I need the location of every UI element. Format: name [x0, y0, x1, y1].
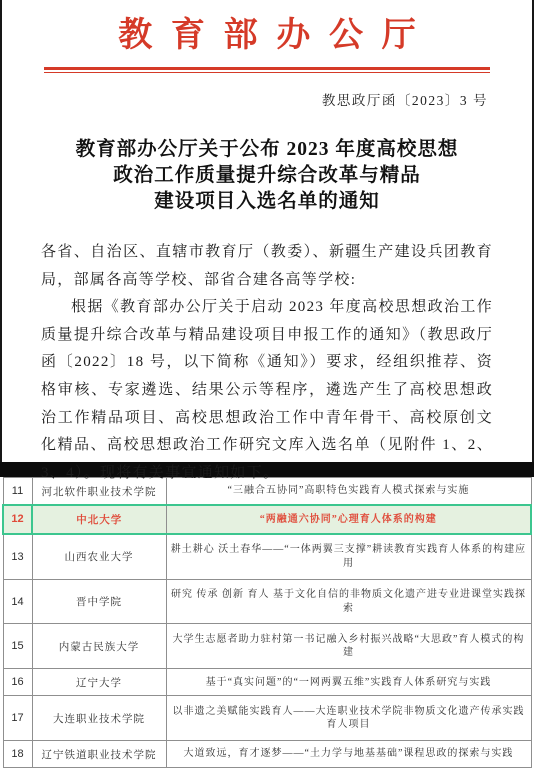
notice-title: 教育部办公厅关于公布 2023 年度高校思想 政治工作质量提升综合改革与精品 建… — [2, 137, 532, 215]
document-number: 教思政厅函〔2023〕3 号 — [2, 89, 532, 109]
project-name-cell[interactable]: 耕土耕心 沃土春华——“一体两翼三支撑”耕读教育实践育人体系的构建应用 — [166, 534, 531, 580]
project-name-cell[interactable]: 基于“真实问题”的“一网两翼五维”实践育人体系研究与实践 — [166, 669, 531, 696]
row-number-cell[interactable]: 14 — [3, 579, 32, 624]
document-header-title: 教育部办公厅 — [2, 16, 532, 56]
table-row[interactable]: 14 晋中学院 研究 传承 创新 育人 基于文化自信的非物质文化遗产进专业进课堂… — [3, 579, 531, 624]
row-number-cell[interactable]: 18 — [3, 741, 32, 768]
school-name-cell[interactable]: 内蒙古民族大学 — [32, 624, 166, 669]
red-divider — [44, 67, 490, 73]
notice-title-line-1: 教育部办公厅关于公布 2023 年度高校思想 — [2, 137, 532, 163]
table-row[interactable]: 16 辽宁大学 基于“真实问题”的“一网两翼五维”实践育人体系研究与实践 — [3, 669, 531, 696]
school-name-cell[interactable]: 晋中学院 — [32, 579, 166, 624]
school-name-cell[interactable]: 辽宁铁道职业技术学院 — [32, 741, 166, 768]
school-name-cell[interactable]: 辽宁大学 — [32, 669, 166, 696]
school-name-cell[interactable]: 大连职业技术学院 — [32, 696, 166, 741]
project-name-cell[interactable]: 研究 传承 创新 育人 基于文化自信的非物质文化遗产进专业进课堂实践探索 — [166, 579, 531, 624]
red-divider-thin-line — [44, 72, 490, 73]
notice-title-line-2: 政治工作质量提升综合改革与精品 — [2, 163, 532, 189]
red-divider-thick-line — [44, 67, 490, 70]
row-number-cell[interactable]: 17 — [3, 696, 32, 741]
row-number-cell[interactable]: 12 — [3, 505, 32, 533]
notice-title-line-3: 建设项目入选名单的通知 — [2, 189, 532, 215]
row-number-cell[interactable]: 11 — [3, 478, 32, 506]
row-number-cell[interactable]: 16 — [3, 669, 32, 696]
project-selection-table: 11 河北软件职业技术学院 “三融合五协同”高职特色实践育人模式探索与实施 12… — [2, 477, 532, 768]
project-name-cell[interactable]: 大学生志愿者助力驻村第一书记融入乡村振兴战略“大思政”育人模式的构建 — [166, 624, 531, 669]
project-name-cell[interactable]: 大道致远，育才逐梦——“土力学与地基基础”课程思政的探索与实践 — [166, 741, 531, 768]
project-name-cell[interactable]: 以非遗之美赋能实践育人——大连职业技术学院非物质文化遗产传承实践育人项目 — [166, 696, 531, 741]
row-number-cell[interactable]: 13 — [3, 534, 32, 580]
recipients-paragraph: 各省、自治区、直辖市教育厅（教委）、新疆生产建设兵团教育局，部属各高等学校、部省… — [41, 239, 493, 294]
official-document: 教育部办公厅 教思政厅函〔2023〕3 号 教育部办公厅关于公布 2023 年度… — [0, 0, 534, 462]
notice-body-paragraph: 根据《教育部办公厅关于启动 2023 年度高校思想政治工作质量提升综合改革与精品… — [41, 294, 493, 487]
page: 教育部办公厅 教思政厅函〔2023〕3 号 教育部办公厅关于公布 2023 年度… — [0, 0, 534, 768]
table-row[interactable]: 12 中北大学 “两融通六协同”心理育人体系的构建 — [3, 505, 531, 533]
project-name-cell[interactable]: “两融通六协同”心理育人体系的构建 — [166, 505, 531, 533]
row-number-cell[interactable]: 15 — [3, 624, 32, 669]
table-row[interactable]: 18 辽宁铁道职业技术学院 大道致远，育才逐梦——“土力学与地基基础”课程思政的… — [3, 741, 531, 768]
table-row[interactable]: 17 大连职业技术学院 以非遗之美赋能实践育人——大连职业技术学院非物质文化遗产… — [3, 696, 531, 741]
school-name-cell[interactable]: 中北大学 — [32, 505, 166, 533]
table-row[interactable]: 15 内蒙古民族大学 大学生志愿者助力驻村第一书记融入乡村振兴战略“大思政”育人… — [3, 624, 531, 669]
school-name-cell[interactable]: 山西农业大学 — [32, 534, 166, 580]
project-table-body: 11 河北软件职业技术学院 “三融合五协同”高职特色实践育人模式探索与实施 12… — [3, 478, 531, 768]
table-row[interactable]: 13 山西农业大学 耕土耕心 沃土春华——“一体两翼三支撑”耕读教育实践育人体系… — [3, 534, 531, 580]
